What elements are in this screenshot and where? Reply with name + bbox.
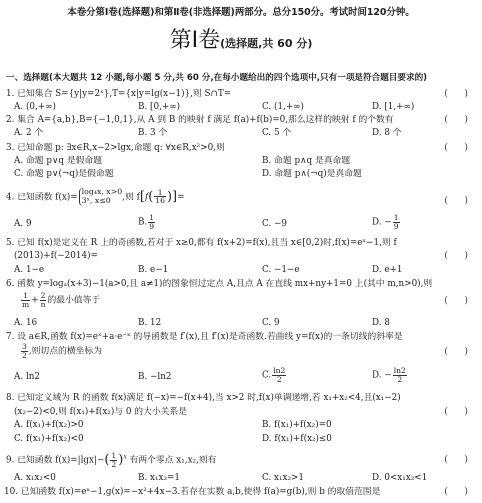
question-8-stem-line-2: (x₂−2)<0,则 f(x₁)+f(x₂)与 0 的大小关系是 [14,408,187,417]
part-title-main: 第Ⅰ卷 [170,28,221,53]
question-4-stem-prefix: 4. 已知函数 f(x)= [6,192,78,202]
piecewise-function: log₄x, x>03ˣ, x≤0 [79,188,123,206]
question-6-option-b[interactable]: B. 12 [138,319,161,328]
question-7-answer-blank[interactable]: ( ) [444,348,468,357]
question-4-option-d[interactable]: D. −19 [372,214,401,230]
question-1-option-a[interactable]: A. (0,+∞) [14,103,56,112]
question-3-option-b[interactable]: B. 命题 p∧q 是真命题 [262,157,350,166]
piece-2: 3ˣ, x≤0 [82,197,123,206]
question-7-option-a[interactable]: A. ln2 [14,373,40,382]
question-5-option-a[interactable]: A. 1−e [14,266,44,275]
question-2-option-d[interactable]: D. 8 个 [372,129,402,138]
question-3-option-c[interactable]: C. 命题 p∨(¬q)是假命题 [14,170,114,179]
question-10-answer-blank[interactable]: ( ) [444,488,468,497]
question-5-option-c[interactable]: C. −1−e [262,266,300,275]
question-2-option-b[interactable]: B. 3 个 [138,129,167,138]
question-7-stem-line-2: 32,则切点的横坐标为 [20,343,102,359]
section-heading: 一、选择题(本大题共 12 小题,每小题 5 分,共 60 分,在每小题给出的四… [6,74,427,83]
question-7-option-d[interactable]: D. −ln22 [372,367,408,383]
question-3-answer-blank[interactable]: ( ) [444,144,468,153]
part-title: 第Ⅰ卷(选择题,共 60 分) [0,30,482,52]
question-4-option-c[interactable]: C. −9 [262,220,287,229]
question-5-option-b[interactable]: B. e−1 [138,266,168,275]
question-9-answer-blank[interactable]: ( ) [444,456,468,465]
exam-instructions: 本卷分第Ⅰ卷(选择题)和第Ⅱ卷(非选择题)两部分。总分150分。考试时间120分… [0,8,482,17]
question-2-stem: 2. 集合 A={a,b},B={−1,0,1},从 A 到 B 的映射 f 满… [6,116,394,125]
question-8-option-c[interactable]: C. f(x₁)+f(x₂)<0 [14,435,84,444]
question-4-stem-suffix: = [177,192,184,202]
question-9-option-b[interactable]: B. x₁x₂=1 [138,474,180,483]
question-4-option-b[interactable]: B.19 [138,214,156,230]
question-8-option-a[interactable]: A. f(x₁)+f(x₂)>0 [14,421,84,430]
question-5-stem-line-1: 5. 已知 f(x)是定义在 R 上的奇函数,若对于 x≥0,都有 f(x+2)… [6,239,397,248]
question-7-option-b[interactable]: B. −ln2 [138,373,172,382]
question-6-stem-line-1: 6. 函数 y=logₐ(x+3)−1(a>0,且 a≠1)的图象恒过定点 A,… [6,280,432,289]
question-4-answer-blank[interactable]: ( ) [444,197,468,206]
question-8-answer-blank[interactable]: ( ) [444,408,468,417]
exam-page: 本卷分第Ⅰ卷(选择题)和第Ⅱ卷(非选择题)两部分。总分150分。考试时间120分… [0,0,482,503]
question-8-option-d[interactable]: D. f(x₁)+f(x₂)≤0 [262,435,332,444]
question-2-answer-blank[interactable]: ( ) [444,116,468,125]
question-8-stem-line-1: 8. 已知定义域为 R 的函数 f(x)满足 f(−x)=−f(x+4),当 x… [6,394,401,403]
question-5-option-d[interactable]: D. e+1 [372,266,403,275]
question-3-stem: 3. 已知命题 p: ∃x∈R,x−2>lgx,命题 q: ∀x∈R,x²>0,… [6,144,225,153]
question-1-option-b[interactable]: B. [0,+∞) [138,103,180,112]
question-2-option-a[interactable]: A. 2 个 [14,129,43,138]
question-3-option-a[interactable]: A. 命题 p∨q 是假命题 [14,157,102,166]
question-1-option-c[interactable]: C. (1,+∞) [262,103,304,112]
question-6-option-a[interactable]: A. 16 [14,319,37,328]
question-9-option-c[interactable]: C. x₁x₂>1 [262,474,304,483]
question-9-option-a[interactable]: A. x₁x₂<0 [14,474,56,483]
question-4-stem-mid: ,则 f [122,192,140,202]
question-8-option-b[interactable]: B. f(x₁)+f(x₂)=0 [262,421,332,430]
question-4-option-a[interactable]: A. 9 [14,220,32,229]
question-6-option-d[interactable]: D. 8 [372,319,390,328]
question-5-stem-line-2: (2013)+f(−2014)= [14,252,98,261]
question-5-answer-blank[interactable]: ( ) [444,252,468,261]
question-7-option-c[interactable]: C.ln22 [262,367,287,383]
question-4-stem: 4. 已知函数 f(x)=log₄x, x>03ˣ, x≤0,则 f[f(116… [6,188,184,206]
question-6-stem-line-2: 1m+2n的最小值等于 [20,292,100,308]
part-title-subtitle: (选择题,共 60 分) [220,37,312,50]
question-3-option-d[interactable]: D. 命题 p∧(¬q)是真命题 [262,170,362,179]
question-2-option-c[interactable]: C. 5 个 [262,129,291,138]
question-9-stem: 9. 已知函数 f(x)=|lgx|−(12)x 有两个零点 x₁,x₂,则有 [6,452,216,468]
question-7-stem-line-1: 7. 设 a∈R,函数 f(x)=eˣ+a·e⁻ˣ 的导函数是 f′(x),且 … [6,333,403,342]
question-6-option-c[interactable]: C. 9 [262,319,280,328]
question-9-option-d[interactable]: D. 0<x₁x₂<1 [372,474,427,483]
question-10-stem: 10. 已知函数 f(x)=eˣ−1,g(x)=−x²+4x−3.若存在实数 a… [4,488,380,497]
question-1-option-d[interactable]: D. [1,+∞) [372,103,414,112]
question-1-answer-blank[interactable]: ( ) [444,90,468,99]
fraction-1-16: 116 [154,189,166,205]
question-1-stem: 1. 已知集合 S={y|y=2ˣ},T={x|y=lg(x−1)},则 S∩T… [6,90,231,99]
question-6-answer-blank[interactable]: ( ) [444,297,468,306]
